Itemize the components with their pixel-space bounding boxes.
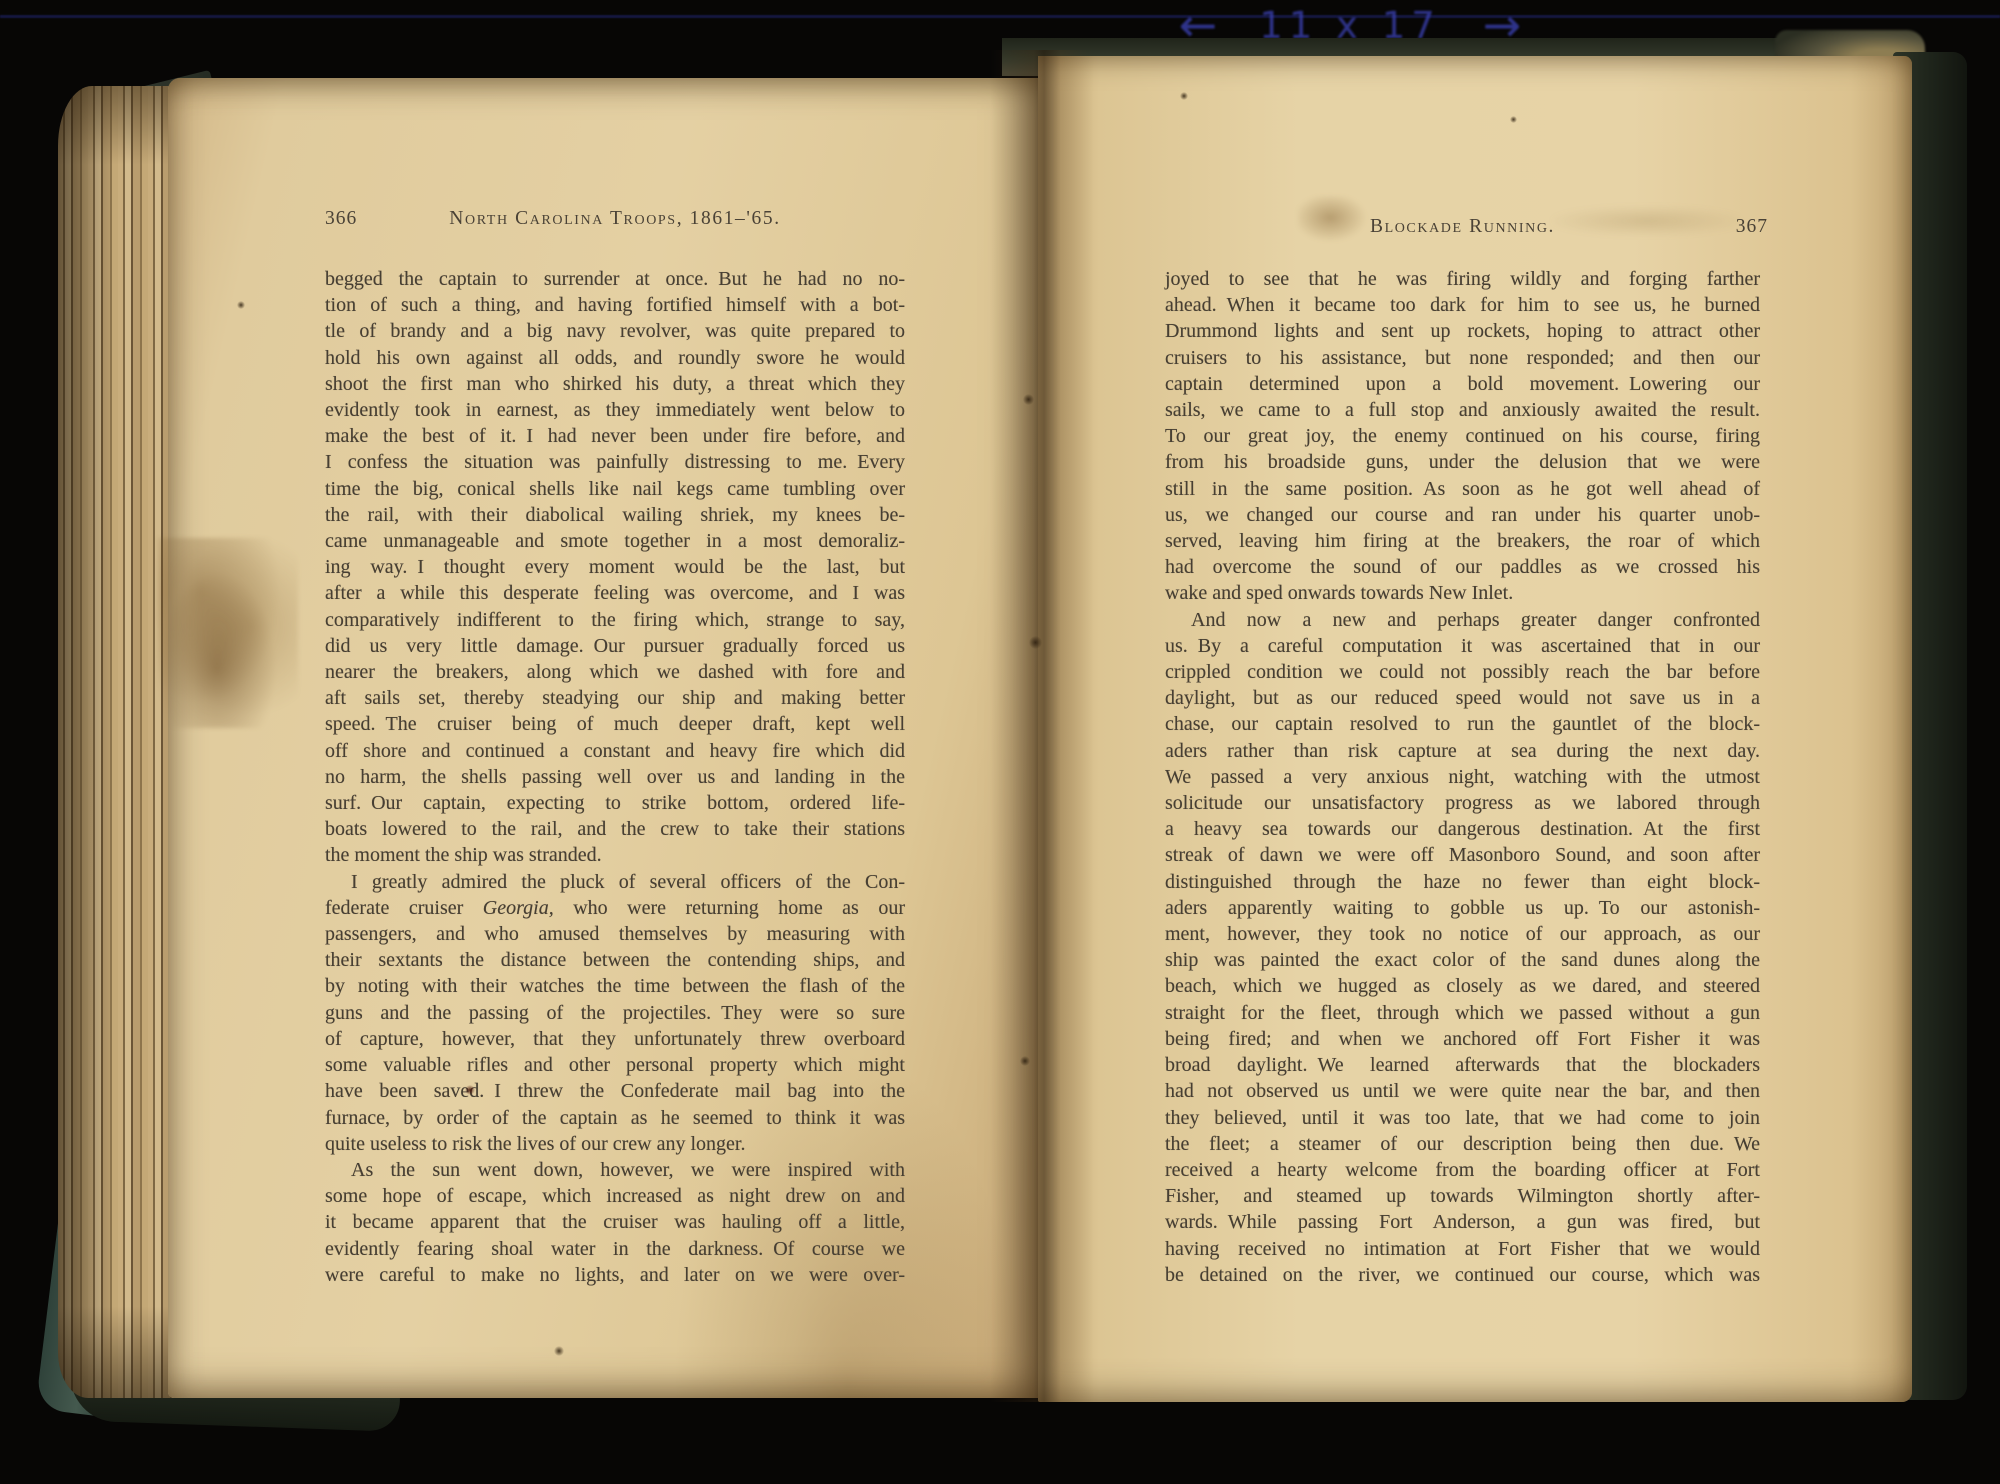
text-line: having received no intimation at Fort Fi… — [1165, 1236, 1760, 1262]
text-line: came unmanageable and smote together in … — [325, 528, 905, 554]
speck — [554, 1346, 564, 1356]
header-stain — [1298, 196, 1370, 244]
foxing-stain — [158, 538, 298, 728]
text-line: comparatively indifferent to the firing … — [325, 607, 905, 633]
text-line: no harm, the shells passing well over us… — [325, 764, 905, 790]
text-line: distinguished through the haze no fewer … — [1165, 869, 1760, 895]
text-line: boats lowered to the rail, and the crew … — [325, 816, 905, 842]
text-line: make the best of it. I had never been un… — [325, 423, 905, 449]
text-line: wards. While passing Fort Anderson, a gu… — [1165, 1209, 1760, 1235]
text-run: who were returning home as our — [554, 897, 905, 919]
text-line: Fisher, and steamed up towards Wilmingto… — [1165, 1183, 1760, 1209]
text-line: beach, which we hugged as closely as we … — [1165, 973, 1760, 999]
italic-text-run: Georgia, — [483, 897, 554, 919]
text-line: sails, we came to a full stop and anxiou… — [1165, 397, 1760, 423]
text-line: had overcome the sound of our paddles as… — [1165, 554, 1760, 580]
text-line: I greatly admired the pluck of several o… — [325, 869, 905, 895]
book-scan-photo: ← 11 x 17 → 366 North Carolina Troops, 1… — [0, 0, 2000, 1484]
text-line: off shore and continued a constant and h… — [325, 738, 905, 764]
paragraph: As the sun went down, however, we were i… — [325, 1157, 905, 1288]
text-line: quite useless to risk the lives of our c… — [325, 1131, 905, 1157]
text-line: tion of such a thing, and having fortifi… — [325, 292, 905, 318]
text-line: served, leaving him firing at the breake… — [1165, 528, 1760, 554]
text-line: they believed, until it was too late, th… — [1165, 1105, 1760, 1131]
text-line: begged the captain to surrender at once.… — [325, 266, 905, 292]
text-line: some valuable rifles and other personal … — [325, 1052, 905, 1078]
text-line: evidently took in earnest, as they immed… — [325, 397, 905, 423]
speck — [1029, 636, 1042, 649]
paragraph: begged the captain to surrender at once.… — [325, 266, 905, 869]
text-line: of capture, however, that they unfortuna… — [325, 1026, 905, 1052]
text-line: did us very little damage. Our pursuer g… — [325, 633, 905, 659]
right-page: Blockade Running. 367 joyed to see that … — [1038, 56, 1912, 1402]
text-line: straight for the fleet, through which we… — [1165, 1000, 1760, 1026]
text-line: were careful to make no lights, and late… — [325, 1262, 905, 1288]
speck — [237, 301, 245, 309]
left-page-text: begged the captain to surrender at once.… — [325, 266, 905, 1288]
text-line: it became apparent that the cruiser was … — [325, 1209, 905, 1235]
text-line: guns and the passing of the projectiles.… — [325, 1000, 905, 1026]
speck — [1180, 92, 1188, 100]
text-line: ship was painted the exact color of the … — [1165, 947, 1760, 973]
text-line: a heavy sea towards our dangerous destin… — [1165, 816, 1760, 842]
text-line: cruisers to his assistance, but none res… — [1165, 345, 1760, 371]
left-running-title: North Carolina Troops, 1861–'65. — [325, 208, 905, 230]
text-line: ing way. I thought every moment would be… — [325, 554, 905, 580]
text-line: received a hearty welcome from the board… — [1165, 1157, 1760, 1183]
left-page: 366 North Carolina Troops, 1861–'65. beg… — [168, 78, 1038, 1398]
text-line: speed. The cruiser being of much deeper … — [325, 711, 905, 737]
paragraph: And now a new and perhaps greater danger… — [1165, 607, 1760, 1288]
text-line: ment, however, they took no notice of ou… — [1165, 921, 1760, 947]
paragraph: joyed to see that he was firing wildly a… — [1165, 266, 1760, 607]
text-line: be detained on the river, we continued o… — [1165, 1262, 1760, 1288]
text-line: aft sails set, thereby steadying our shi… — [325, 685, 905, 711]
text-line: nearer the breakers, along which we dash… — [325, 659, 905, 685]
text-line: broad daylight. We learned afterwards th… — [1165, 1052, 1760, 1078]
text-line: shoot the first man who shirked his duty… — [325, 371, 905, 397]
speck — [465, 1085, 475, 1095]
text-line: passengers, and who amused themselves by… — [325, 921, 905, 947]
text-run: federate cruiser — [325, 897, 483, 919]
text-line: some hope of escape, which increased as … — [325, 1183, 905, 1209]
text-line: federate cruiser Georgia, who were retur… — [325, 895, 905, 921]
text-line: Drummond lights and sent up rockets, hop… — [1165, 318, 1760, 344]
text-line: the fleet; a steamer of our description … — [1165, 1131, 1760, 1157]
text-line: ahead. When it became too dark for him t… — [1165, 292, 1760, 318]
paragraph: I greatly admired the pluck of several o… — [325, 869, 905, 1157]
text-line: chase, our captain resolved to run the g… — [1165, 711, 1760, 737]
text-line: had not observed us until we were quite … — [1165, 1078, 1760, 1104]
text-line: We passed a very anxious night, watching… — [1165, 764, 1760, 790]
text-line: time the big, conical shells like nail k… — [325, 476, 905, 502]
text-line: streak of dawn we were off Masonboro Sou… — [1165, 842, 1760, 868]
left-page-number: 366 — [325, 208, 357, 230]
text-line: wake and sped onwards towards New Inlet. — [1165, 580, 1760, 606]
text-line: us, we changed our course and ran under … — [1165, 502, 1760, 528]
scanner-ruler-line — [0, 15, 2000, 18]
speck — [1510, 116, 1517, 123]
text-line: To our great joy, the enemy continued on… — [1165, 423, 1760, 449]
text-line: crippled condition we could not possibly… — [1165, 659, 1760, 685]
text-line: I confess the situation was painfully di… — [325, 449, 905, 475]
text-line: captain determined upon a bold movement.… — [1165, 371, 1760, 397]
text-line: aders apparently waiting to gobble us up… — [1165, 895, 1760, 921]
gutter-shadow — [990, 50, 1094, 1402]
text-line: evidently fearing shoal water in the dar… — [325, 1236, 905, 1262]
text-line: us. By a careful computation it was asce… — [1165, 633, 1760, 659]
speck — [1020, 1056, 1030, 1066]
text-line: surf. Our captain, expecting to strike b… — [325, 790, 905, 816]
text-line: joyed to see that he was firing wildly a… — [1165, 266, 1760, 292]
text-line: aders rather than risk capture at sea du… — [1165, 738, 1760, 764]
text-line: furnace, by order of the captain as he s… — [325, 1105, 905, 1131]
left-page-header: 366 North Carolina Troops, 1861–'65. — [325, 208, 905, 238]
speck — [1023, 394, 1034, 405]
right-page-text: joyed to see that he was firing wildly a… — [1165, 266, 1760, 1288]
text-line: by noting with their watches the time be… — [325, 973, 905, 999]
text-line: tle of brandy and a big navy revolver, w… — [325, 318, 905, 344]
text-line: hold his own against all odds, and round… — [325, 345, 905, 371]
text-line: from his broadside guns, under the delus… — [1165, 449, 1760, 475]
text-line: still in the same position. As soon as h… — [1165, 476, 1760, 502]
text-line: the rail, with their diabolical wailing … — [325, 502, 905, 528]
text-line: the moment the ship was stranded. — [325, 842, 905, 868]
ink-bleedthrough — [1552, 206, 1742, 236]
text-line: daylight, but as our reduced speed would… — [1165, 685, 1760, 711]
page-stack-edges — [58, 86, 178, 1398]
text-line: have been saved. I threw the Confederate… — [325, 1078, 905, 1104]
text-line: after a while this desperate feeling was… — [325, 580, 905, 606]
text-line: And now a new and perhaps greater danger… — [1165, 607, 1760, 633]
text-line: As the sun went down, however, we were i… — [325, 1157, 905, 1183]
text-line: being fired; and when we anchored off Fo… — [1165, 1026, 1760, 1052]
text-line: solicitude our unsatisfactory progress a… — [1165, 790, 1760, 816]
text-line: their sextants the distance between the … — [325, 947, 905, 973]
